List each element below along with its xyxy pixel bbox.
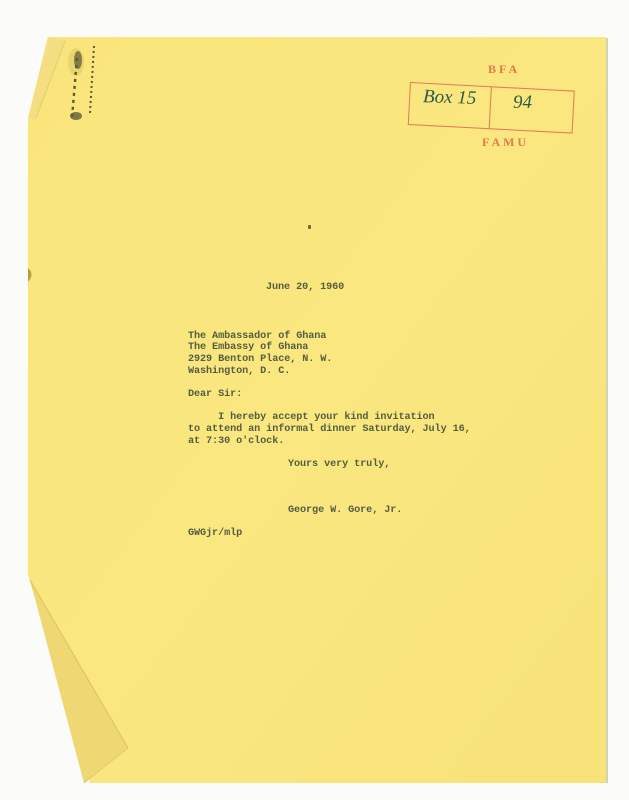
address-line: Washington, D. C. xyxy=(188,366,290,378)
signature-name: George W. Gore, Jr. xyxy=(288,505,402,517)
stamp-top-text: BFA xyxy=(488,62,520,77)
stamp-divider xyxy=(489,86,492,129)
handwritten-box-number: Box 15 xyxy=(423,86,477,110)
body-line: to attend an informal dinner Saturday, J… xyxy=(188,424,471,436)
address-line: The Embassy of Ghana xyxy=(188,342,308,354)
salutation: Dear Sir: xyxy=(188,389,242,401)
address-line: 2929 Benton Place, N. W. xyxy=(188,354,332,366)
handwritten-folder-number: 94 xyxy=(513,92,532,114)
scanned-document: BFA Box 15 94 FAMU June 20, 1960 The Amb… xyxy=(0,0,629,800)
closing: Yours very truly, xyxy=(288,459,390,471)
letter-date: June 20, 1960 xyxy=(266,282,344,294)
stamp-bottom-text: FAMU xyxy=(482,135,529,150)
ink-spot xyxy=(308,225,311,229)
reference-initials: GWGjr/mlp xyxy=(188,528,242,540)
body-line: I hereby accept your kind invitation xyxy=(188,412,435,424)
body-line: at 7:30 o'clock. xyxy=(188,436,284,448)
address-line: The Ambassador of Ghana xyxy=(188,331,326,343)
